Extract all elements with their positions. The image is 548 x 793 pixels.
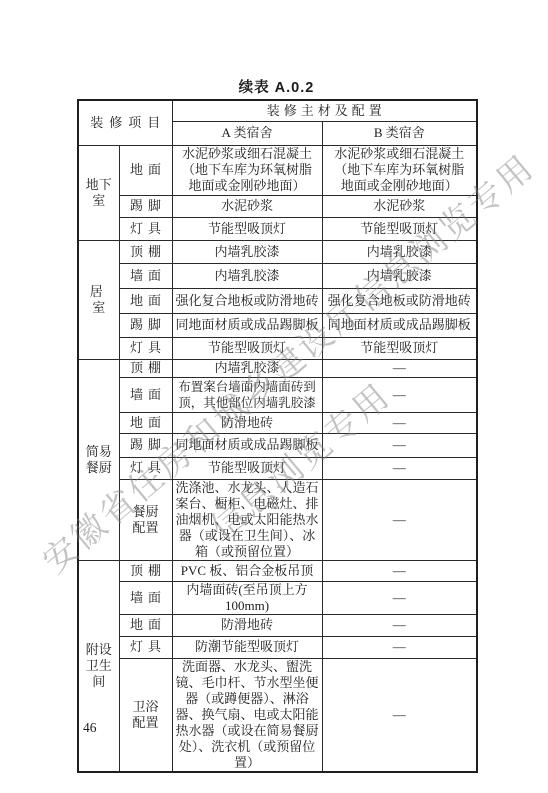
- item-cell: 餐厨 配置: [119, 479, 172, 560]
- value-a-cell: 同地面材质或成品踢脚板: [172, 313, 322, 337]
- item-label: 踢脚: [130, 317, 166, 332]
- item-label: 墙面: [130, 268, 166, 283]
- table-row: 灯具 节能型吸顶灯 节能型吸顶灯: [78, 337, 477, 359]
- value-a-cell: PVC 板、铝合金板吊顶: [172, 560, 322, 581]
- value-b-cell: —: [322, 658, 477, 772]
- value-b-cell: —: [322, 359, 477, 377]
- item-cell: 地面: [119, 288, 172, 313]
- table-row: 简易 餐厨 顶棚 内墙乳胶漆 —: [78, 359, 477, 377]
- header-class-b-cell: B 类宿舍: [322, 121, 477, 145]
- item-cell: 墙面: [119, 377, 172, 412]
- value-b-cell: —: [322, 457, 477, 479]
- item-label: 踢脚: [130, 198, 166, 213]
- value-a-cell: 水泥砂浆: [172, 195, 322, 217]
- value-b-cell: —: [322, 560, 477, 581]
- table-row: 墙面 内墙乳胶漆 内墙乳胶漆: [78, 263, 477, 288]
- value-a-cell: 节能型吸顶灯: [172, 457, 322, 479]
- table-row: 踢脚 同地面材质或成品踢脚板 同地面材质或成品踢脚板: [78, 313, 477, 337]
- item-cell: 卫浴 配置: [119, 658, 172, 772]
- table-row: 灯具 节能型吸顶灯 节能型吸顶灯: [78, 217, 477, 240]
- value-b-cell: —: [322, 433, 477, 457]
- value-b-cell: 节能型吸顶灯: [322, 217, 477, 240]
- category-label: 居室: [90, 284, 111, 315]
- value-b-cell: 内墙乳胶漆: [322, 240, 477, 263]
- value-a-cell: 防滑地砖: [172, 412, 322, 433]
- table-row: 墙面 布置案台墙面内墙面砖到 顶，其他部位内墙乳胶漆 —: [78, 377, 477, 412]
- table-row: 灯具 节能型吸顶灯 —: [78, 457, 477, 479]
- page-number: 46: [83, 720, 97, 736]
- value-b-cell: 强化复合地板或防滑地砖: [322, 288, 477, 313]
- item-cell: 踢脚: [119, 195, 172, 217]
- header-class-a-cell: A 类宿舍: [172, 121, 322, 145]
- value-b-cell: —: [322, 614, 477, 636]
- value-b-cell: 同地面材质或成品踢脚板: [322, 313, 477, 337]
- value-a-cell: 防滑地砖: [172, 614, 322, 636]
- value-a-cell: 节能型吸顶灯: [172, 217, 322, 240]
- category-cell: 地下室: [78, 145, 119, 240]
- table-row: 地面 强化复合地板或防滑地砖 强化复合地板或防滑地砖: [78, 288, 477, 313]
- item-label: 地面: [130, 293, 166, 308]
- item-cell: 地面: [119, 145, 172, 195]
- item-label: 灯具: [130, 340, 166, 355]
- item-label: 灯具: [130, 460, 166, 475]
- item-label: 顶棚: [130, 244, 166, 259]
- value-b-cell: —: [322, 636, 477, 658]
- item-label: 墙面: [130, 387, 166, 402]
- header-project-cell: 装修项目: [78, 100, 172, 145]
- value-a-cell: 洗涤池、水龙头、人造石案台、橱柜、电磁灶、排油烟机、电或太阳能热水器（或设在卫生…: [172, 479, 322, 560]
- item-cell: 灯具: [119, 636, 172, 658]
- value-b-cell: —: [322, 412, 477, 433]
- value-b-cell: 内墙乳胶漆: [322, 263, 477, 288]
- category-cell: 附设 卫生间: [78, 560, 119, 772]
- item-label: 顶棚: [130, 360, 166, 375]
- header-materials-label: 装修主材及配置: [267, 103, 386, 118]
- table-row: 地下室 地面 水泥砂浆或细石混凝土 （地下车库为环氧树脂 地面或金刚砂地面） 水…: [78, 145, 477, 195]
- item-cell: 墙面: [119, 581, 172, 614]
- page-title: 续表 A.0.2: [77, 76, 476, 97]
- item-cell: 灯具: [119, 337, 172, 359]
- value-a-cell: 防潮节能型吸顶灯: [172, 636, 322, 658]
- value-b-cell: —: [322, 581, 477, 614]
- item-label: 地面: [130, 162, 166, 177]
- value-a-cell: 内墙乳胶漆: [172, 240, 322, 263]
- table-row: 灯具 防潮节能型吸顶灯 —: [78, 636, 477, 658]
- value-a-cell: 同地面材质或成品踢脚板: [172, 433, 322, 457]
- document-page: 续表 A.0.2 装修项目 装修主材及配置 A 类宿舍 B 类宿舍 地下室 地面…: [0, 0, 548, 793]
- header-row-1: 装修项目 装修主材及配置: [78, 100, 477, 121]
- table-row: 餐厨 配置 洗涤池、水龙头、人造石案台、橱柜、电磁灶、排油烟机、电或太阳能热水器…: [78, 479, 477, 560]
- table-row: 地面 防滑地砖 —: [78, 412, 477, 433]
- item-label: 顶棚: [130, 563, 166, 578]
- header-materials-cell: 装修主材及配置: [172, 100, 477, 121]
- item-label: 踢脚: [130, 437, 166, 452]
- table-row: 踢脚 同地面材质或成品踢脚板 —: [78, 433, 477, 457]
- item-cell: 墙面: [119, 263, 172, 288]
- value-b-cell: 节能型吸顶灯: [322, 337, 477, 359]
- item-cell: 顶棚: [119, 560, 172, 581]
- value-b-cell: —: [322, 479, 477, 560]
- table-row: 墙面 内墙面砖(至吊顶上方 100mm) —: [78, 581, 477, 614]
- value-a-cell: 布置案台墙面内墙面砖到 顶，其他部位内墙乳胶漆: [172, 377, 322, 412]
- header-project-label: 装修项目: [90, 115, 166, 130]
- value-b-cell: —: [322, 377, 477, 412]
- item-cell: 顶棚: [119, 240, 172, 263]
- value-b-cell: 水泥砂浆: [322, 195, 477, 217]
- value-a-cell: 水泥砂浆或细石混凝土 （地下车库为环氧树脂 地面或金刚砂地面）: [172, 145, 322, 195]
- item-cell: 地面: [119, 614, 172, 636]
- value-a-cell: 洗面器、水龙头、盥洗镜、毛巾杆、节水型坐便器（或蹲便器）、淋浴器、换气扇、电或太…: [172, 658, 322, 772]
- item-cell: 顶棚: [119, 359, 172, 377]
- decoration-materials-table: 装修项目 装修主材及配置 A 类宿舍 B 类宿舍 地下室 地面 水泥砂浆或细石混…: [77, 99, 478, 773]
- value-b-cell: 水泥砂浆或细石混凝土 （地下车库为环氧树脂 地面或金刚砂地面）: [322, 145, 477, 195]
- item-label: 地面: [130, 415, 166, 430]
- value-a-cell: 节能型吸顶灯: [172, 337, 322, 359]
- item-cell: 灯具: [119, 217, 172, 240]
- value-a-cell: 内墙乳胶漆: [172, 359, 322, 377]
- item-label: 灯具: [130, 639, 166, 654]
- value-a-cell: 强化复合地板或防滑地砖: [172, 288, 322, 313]
- value-a-cell: 内墙乳胶漆: [172, 263, 322, 288]
- item-cell: 灯具: [119, 457, 172, 479]
- table-row: 附设 卫生间 顶棚 PVC 板、铝合金板吊顶 —: [78, 560, 477, 581]
- item-cell: 踢脚: [119, 313, 172, 337]
- table-row: 卫浴 配置 洗面器、水龙头、盥洗镜、毛巾杆、节水型坐便器（或蹲便器）、淋浴器、换…: [78, 658, 477, 772]
- table-row: 居室 顶棚 内墙乳胶漆 内墙乳胶漆: [78, 240, 477, 263]
- item-cell: 踢脚: [119, 433, 172, 457]
- item-label: 灯具: [130, 221, 166, 236]
- value-a-cell: 内墙面砖(至吊顶上方 100mm): [172, 581, 322, 614]
- item-label: 地面: [130, 617, 166, 632]
- category-cell: 简易 餐厨: [78, 359, 119, 560]
- category-cell: 居室: [78, 240, 119, 359]
- table-row: 踢脚 水泥砂浆 水泥砂浆: [78, 195, 477, 217]
- item-cell: 地面: [119, 412, 172, 433]
- table-row: 地面 防滑地砖 —: [78, 614, 477, 636]
- item-label: 墙面: [130, 590, 166, 605]
